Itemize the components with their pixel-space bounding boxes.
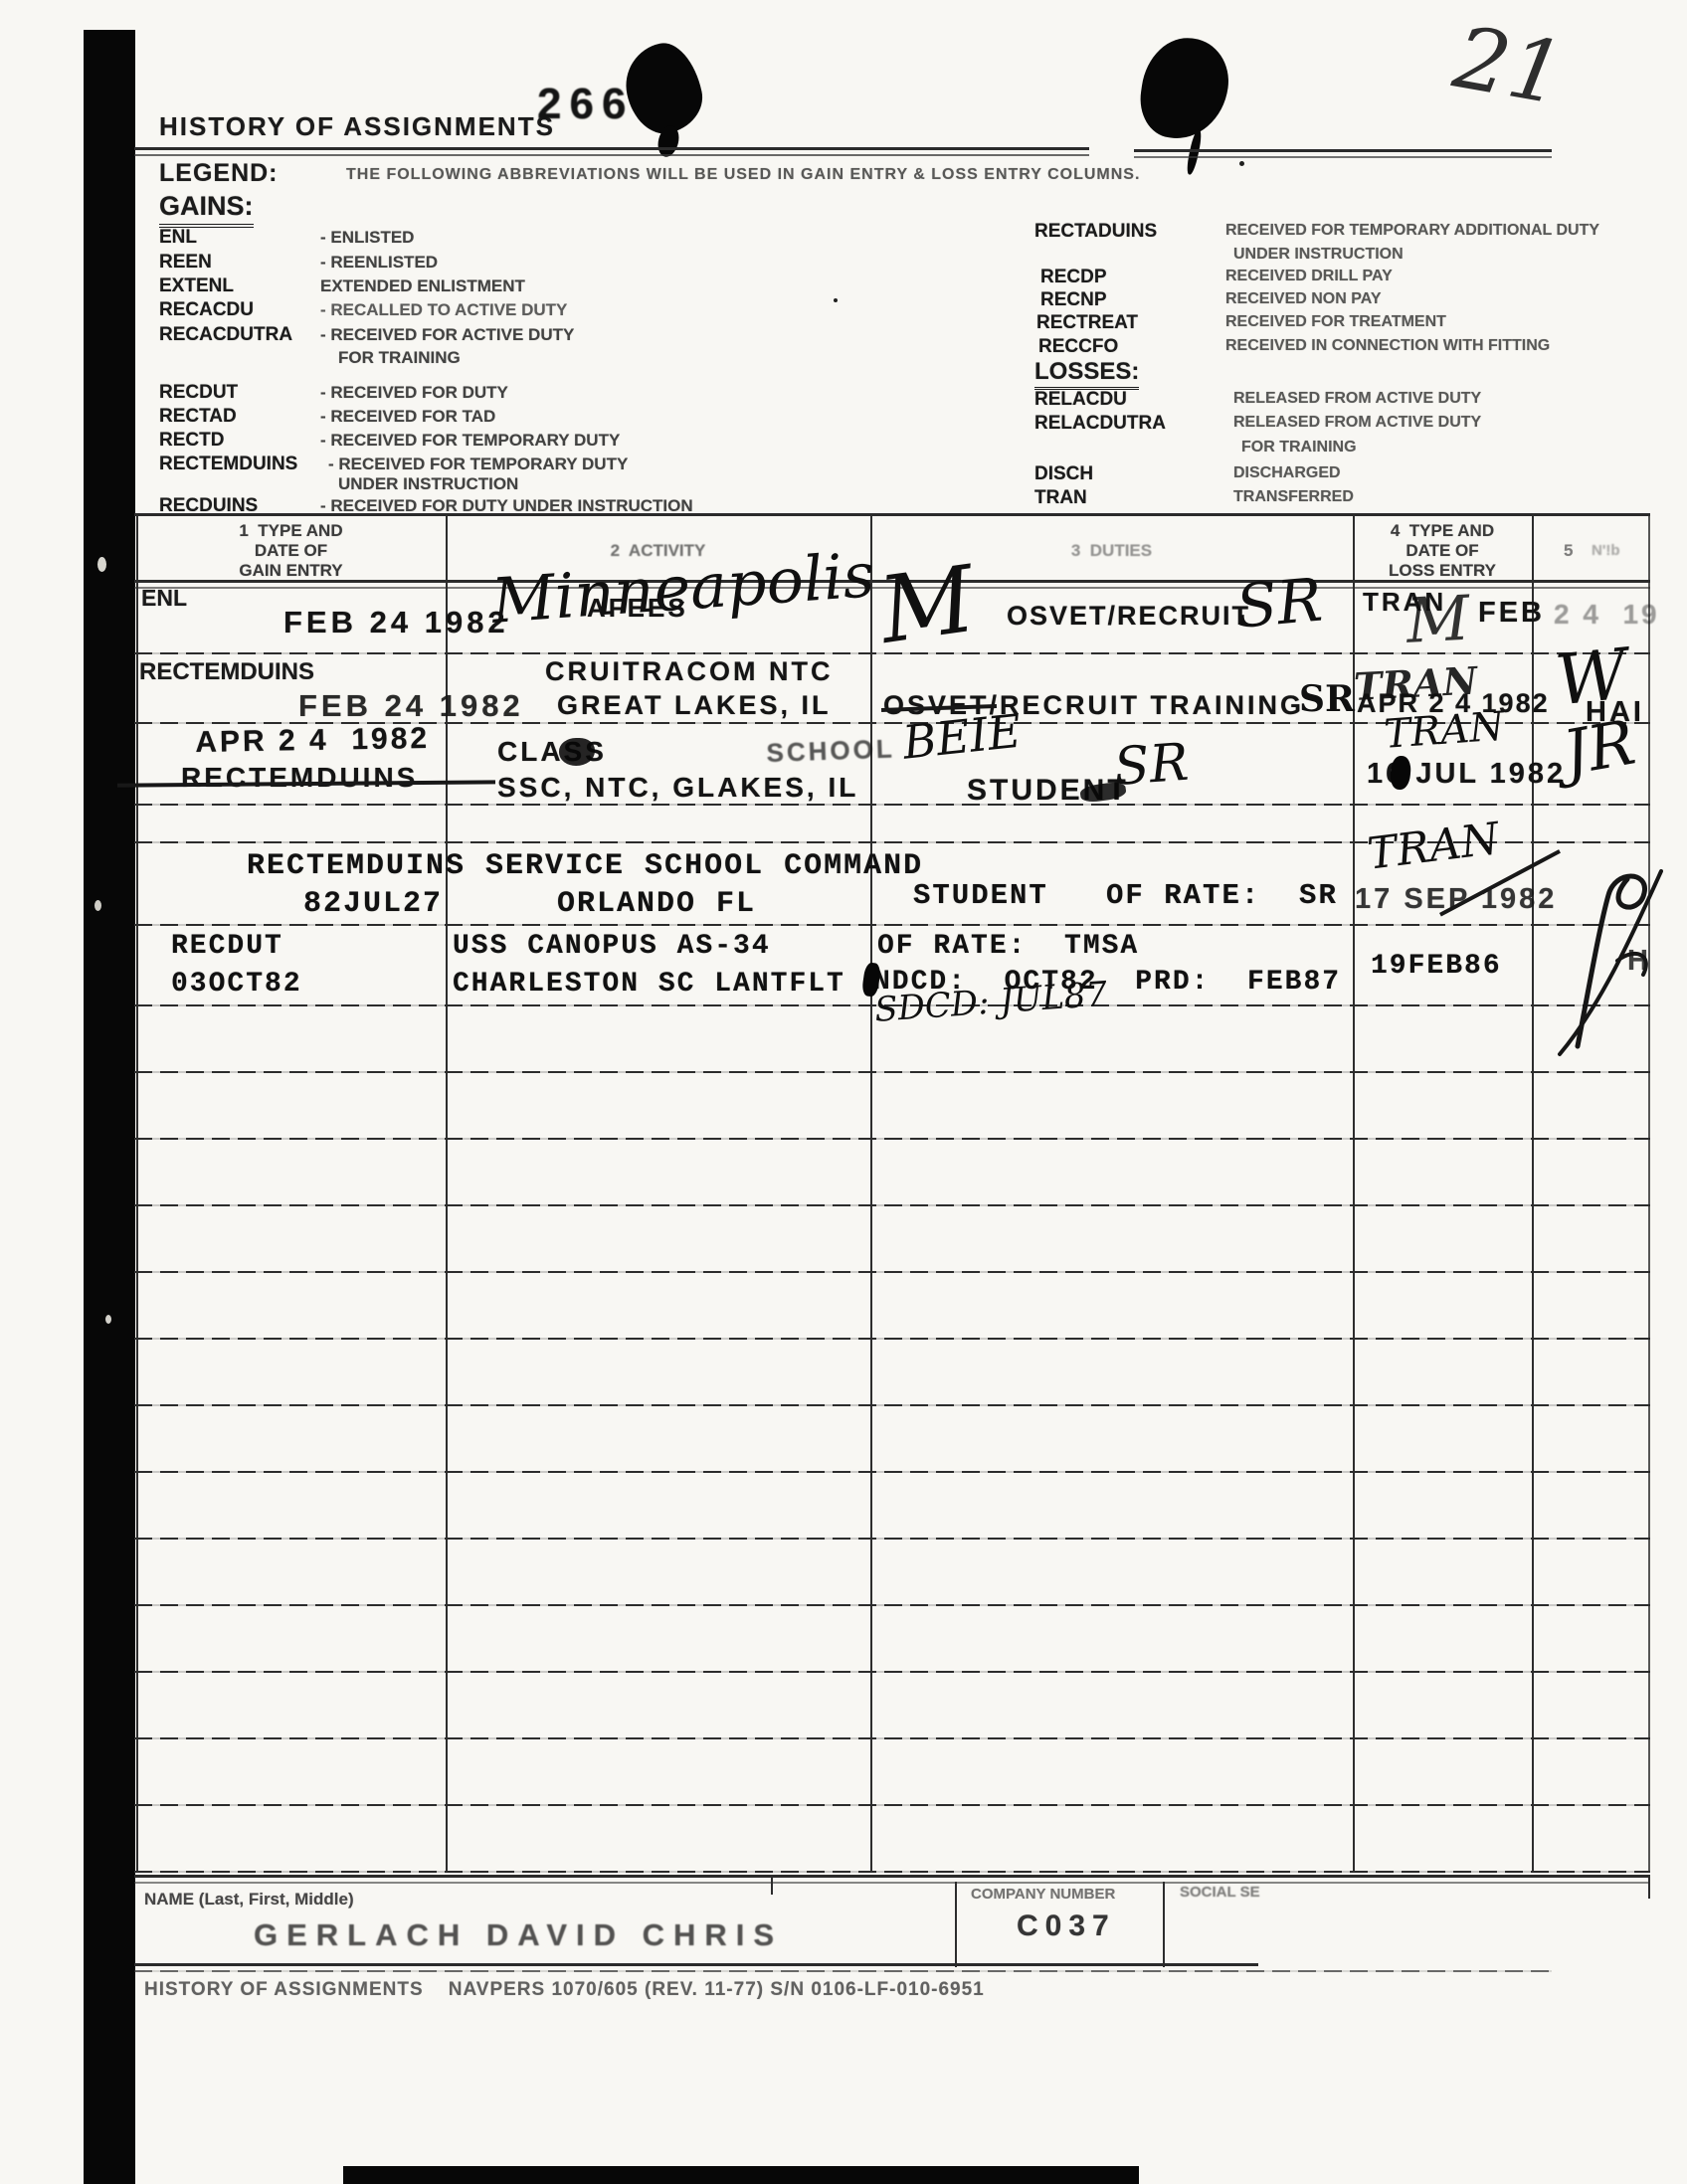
company-box-rule bbox=[955, 1882, 957, 1967]
col-rule bbox=[870, 513, 872, 1873]
scan-speck bbox=[1239, 161, 1244, 166]
ink-blot bbox=[1135, 33, 1233, 145]
col-rule bbox=[1648, 513, 1650, 1873]
r2-gain-date-stamp: FEB 24 1982 bbox=[298, 688, 524, 724]
signature-scribble bbox=[1532, 827, 1683, 1098]
r1-loss-scribble: M bbox=[1405, 582, 1471, 657]
name-label: NAME (Last, First, Middle) bbox=[144, 1890, 354, 1910]
gain-def: RECEIVED DRILL PAY bbox=[1225, 268, 1393, 285]
gain-def: RECEIVED IN CONNECTION WITH FITTING bbox=[1225, 337, 1550, 355]
r1-duties-stamp: OSVET/RECRUIT bbox=[1007, 601, 1250, 632]
scan-speck bbox=[834, 298, 838, 302]
gain-abbr: RECNP bbox=[1040, 289, 1107, 311]
row-rule bbox=[134, 924, 1650, 926]
page-title: HISTORY OF ASSIGNMENTS bbox=[159, 111, 555, 142]
loss-abbr: TRAN bbox=[1034, 487, 1087, 509]
r2-loss-hand: TRAN bbox=[1353, 658, 1478, 709]
name-strip-bottom-rule bbox=[134, 1963, 1258, 1966]
header-loss-entry: LOSS ENTRY bbox=[1353, 561, 1532, 581]
row-rule bbox=[134, 1071, 1650, 1073]
r2-duties-rate: SR bbox=[1299, 678, 1355, 720]
social-security-label: SOCIAL SE bbox=[1180, 1884, 1260, 1901]
loss-def: DISCHARGED bbox=[1233, 464, 1341, 482]
scanned-form-page: HISTORY OF ASSIGNMENTS 266 21 LEGEND: TH… bbox=[0, 0, 1687, 2184]
gain-abbr: RECTEMDUINS bbox=[159, 454, 297, 475]
r4-duties: STUDENT OF RATE: SR bbox=[913, 879, 1338, 912]
name-strip-top-rule2 bbox=[134, 1882, 1650, 1884]
r3-gain-date-stamp: APR 2 4 1982 bbox=[195, 722, 430, 760]
r1-duties-rate-hand: SR bbox=[1233, 565, 1325, 641]
gains-heading: GAINS: bbox=[159, 191, 254, 228]
r5-gain-date: 03OCT82 bbox=[171, 969, 302, 1000]
form-number-line: HISTORY OF ASSIGNMENTS NAVPERS 1070/605 … bbox=[144, 1979, 985, 2001]
legend-heading: LEGEND: bbox=[159, 159, 279, 188]
row-rule bbox=[134, 1671, 1650, 1673]
r4-line1: RECTEMDUINS SERVICE SCHOOL COMMAND bbox=[247, 849, 923, 883]
gain-def: - RECEIVED FOR TAD bbox=[320, 407, 495, 427]
page-stamp-number: 266 bbox=[537, 80, 634, 129]
row-rule bbox=[134, 1538, 1650, 1540]
gain-abbr: ENL bbox=[159, 227, 197, 249]
r5-loss-date: 19FEB86 bbox=[1371, 951, 1502, 982]
gain-def: EXTENDED ENLISTMENT bbox=[320, 276, 525, 296]
r1-gain-date-stamp: FEB 24 1982 bbox=[283, 605, 509, 640]
row-rule bbox=[134, 1271, 1650, 1273]
gain-def: RECEIVED FOR TEMPORARY ADDITIONAL DUTY bbox=[1225, 222, 1599, 240]
r3-signature-hand: JR bbox=[1558, 706, 1640, 790]
gain-def: - RECEIVED FOR TEMPORARY DUTY bbox=[320, 431, 620, 451]
loss-abbr: DISCH bbox=[1034, 463, 1093, 485]
loss-def2: FOR TRAINING bbox=[1241, 439, 1357, 456]
scan-edge-bar-bottom bbox=[343, 2166, 1139, 2184]
gain-abbr: RECTREAT bbox=[1036, 312, 1138, 334]
col-rule bbox=[136, 513, 138, 1873]
gain-abbr: RECACDU bbox=[159, 299, 254, 321]
loss-abbr: RELACDUTRA bbox=[1034, 413, 1166, 435]
scan-speck bbox=[97, 557, 106, 572]
loss-def: RELEASED FROM ACTIVE DUTY bbox=[1233, 390, 1481, 408]
corner-handwritten-mark: 21 bbox=[1447, 8, 1572, 124]
r3-duties-line1: SCHOOL bbox=[766, 733, 895, 768]
header-loss-entry: DATE OF bbox=[1353, 541, 1532, 561]
losses-heading: LOSSES: bbox=[1034, 358, 1139, 390]
header-signature: 5 bbox=[1564, 541, 1573, 561]
row-rule bbox=[134, 1138, 1650, 1140]
r3-duties-rate-hand: SR bbox=[1112, 733, 1191, 798]
table-top-rule bbox=[134, 513, 1650, 516]
r2-gain-type: RECTEMDUINS bbox=[139, 658, 314, 686]
r1-loss-date-stamp: FEB bbox=[1478, 597, 1545, 630]
gain-abbr: RECACDUTRA bbox=[159, 324, 292, 346]
name-value-stamp: GERLACH DAVID CHRIS bbox=[254, 1917, 783, 1953]
r2-activity-line2: GREAT LAKES, IL bbox=[557, 690, 832, 721]
name-strip-tick bbox=[1648, 1875, 1650, 1899]
gain-abbr: EXTENL bbox=[159, 275, 234, 297]
company-number-label: COMPANY NUMBER bbox=[971, 1886, 1115, 1903]
gain-abbr: RECDUT bbox=[159, 382, 238, 404]
r2-activity-line1: CRUITRACOM NTC bbox=[545, 656, 833, 687]
header-loss-entry: 4 TYPE AND bbox=[1353, 521, 1532, 541]
name-strip-top-rule bbox=[134, 1875, 1650, 1878]
gain-abbr: REEN bbox=[159, 252, 212, 273]
name-strip-bottom-rule2 bbox=[134, 1970, 1552, 1972]
title-rule bbox=[134, 147, 1089, 150]
gain-def2: UNDER INSTRUCTION bbox=[338, 474, 518, 494]
row-rule bbox=[134, 1737, 1650, 1739]
gain-abbr: RECCFO bbox=[1038, 336, 1118, 358]
title-rule bbox=[1134, 156, 1552, 158]
loss-abbr: RELACDU bbox=[1034, 389, 1127, 411]
loss-def: RELEASED FROM ACTIVE DUTY bbox=[1233, 414, 1481, 432]
r3-duties-hand: BEIE bbox=[900, 704, 1024, 770]
scan-speck bbox=[105, 1315, 111, 1324]
header-gain-entry: GAIN ENTRY bbox=[136, 561, 446, 581]
r1-duties-hand-initial: M bbox=[873, 546, 981, 664]
gain-abbr: RECDP bbox=[1040, 267, 1107, 288]
row-rule bbox=[134, 1471, 1650, 1473]
r5-activity-line2: CHARLESTON SC LANTFLT bbox=[453, 969, 845, 1000]
row-rule bbox=[134, 1804, 1650, 1806]
gain-abbr: RECTADUINS bbox=[1034, 221, 1157, 243]
scan-speck bbox=[94, 900, 101, 911]
row-rule bbox=[134, 804, 1650, 806]
r1-loss-date-faint: 2 4 19 bbox=[1554, 599, 1660, 631]
gain-abbr: RECTD bbox=[159, 430, 224, 452]
gain-def: - RECEIVED FOR ACTIVE DUTY bbox=[320, 325, 574, 345]
row-rule bbox=[134, 1604, 1650, 1606]
loss-def: TRANSFERRED bbox=[1233, 488, 1354, 506]
name-strip-tick bbox=[771, 1875, 773, 1895]
company-box-rule bbox=[1163, 1882, 1165, 1967]
title-rule bbox=[134, 154, 1089, 156]
gain-def: - RECEIVED FOR DUTY bbox=[320, 383, 508, 403]
row-rule bbox=[134, 1871, 1650, 1873]
row-rule bbox=[134, 1338, 1650, 1340]
gain-abbr: RECTAD bbox=[159, 406, 237, 428]
gain-def: - RECEIVED FOR TEMPORARY DUTY bbox=[328, 455, 628, 474]
gain-def: - RECALLED TO ACTIVE DUTY bbox=[320, 300, 567, 320]
r5-activity-line1: USS CANOPUS AS-34 bbox=[453, 931, 771, 962]
r4-loss-date-stamp: 17 SEP 1982 bbox=[1355, 883, 1557, 916]
header-gain-entry: DATE OF bbox=[136, 541, 446, 561]
r1-gain-type: ENL bbox=[141, 585, 187, 612]
header-signature-garbled: N'!b bbox=[1592, 542, 1620, 559]
gain-def: RECEIVED FOR TREATMENT bbox=[1225, 313, 1446, 331]
row-rule bbox=[134, 1404, 1650, 1406]
r3-gain-type-stamp: RECTEMDUINS bbox=[181, 762, 418, 794]
r3-activity-line2: SSC, NTC, GLAKES, IL bbox=[497, 772, 858, 804]
header-gain-entry: 1 TYPE AND bbox=[136, 521, 446, 541]
gain-def: - REENLISTED bbox=[320, 253, 438, 273]
gain-def: - ENLISTED bbox=[320, 228, 414, 248]
row-rule bbox=[134, 1204, 1650, 1206]
company-number-value: C037 bbox=[1017, 1910, 1116, 1943]
r4-gain-date: 82JUL27 bbox=[303, 887, 443, 921]
title-rule bbox=[1134, 149, 1552, 152]
gain-def2: FOR TRAINING bbox=[338, 348, 461, 368]
r4-loss-hand: TRAN bbox=[1365, 814, 1502, 880]
r5-duties-line1: OF RATE: TMSA bbox=[877, 931, 1139, 962]
gain-def2: UNDER INSTRUCTION bbox=[1233, 246, 1404, 264]
r3-loss-hand: TRAN bbox=[1383, 704, 1506, 758]
gain-def: RECEIVED NON PAY bbox=[1225, 290, 1381, 308]
legend-intro: THE FOLLOWING ABBREVIATIONS WILL BE USED… bbox=[346, 166, 1140, 184]
scan-edge-bar bbox=[84, 30, 135, 2184]
r5-gain-type: RECDUT bbox=[171, 931, 283, 962]
r4-activity: ORLANDO FL bbox=[557, 887, 756, 921]
